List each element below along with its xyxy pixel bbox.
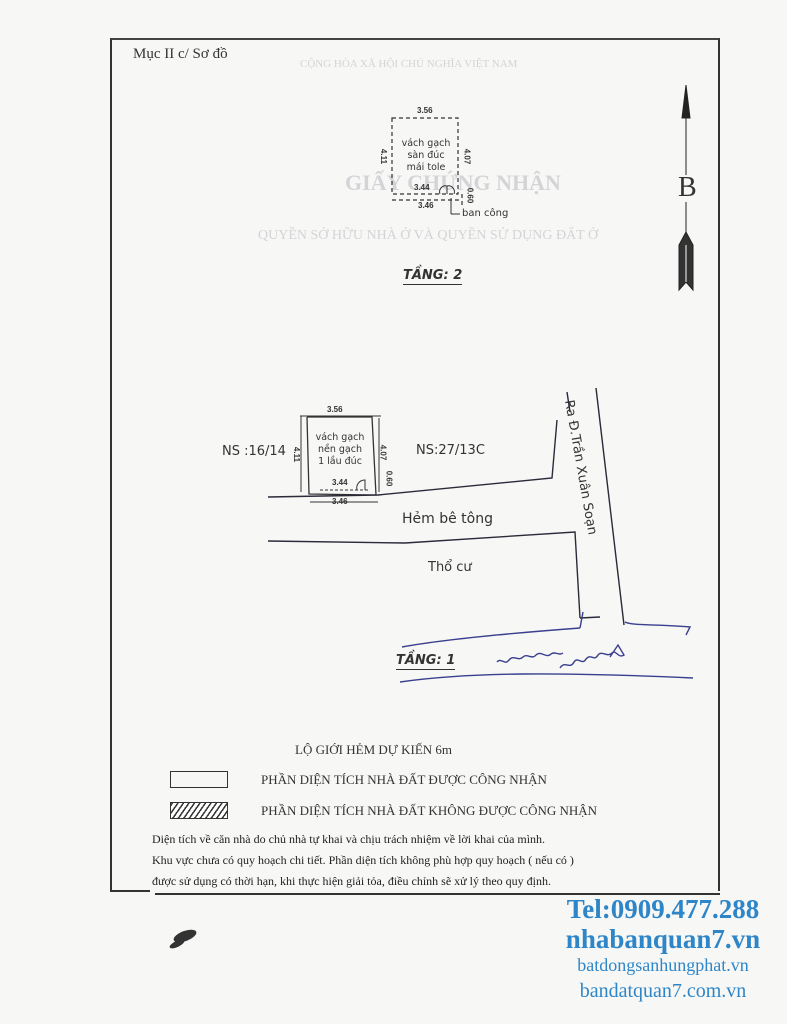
legend-label: PHẦN DIỆN TÍCH NHÀ ĐẤT KHÔNG ĐƯỢC CÔNG N… [261, 803, 597, 819]
floor2-room-line: mái tole [398, 162, 454, 174]
blank-box-icon [170, 771, 228, 788]
notes-block: Diện tích về căn nhà do chủ nhà tự khai … [152, 829, 574, 892]
floor2-dim-bottom-inner: 3.44 [414, 183, 430, 192]
legend-title: LỘ GIỚI HẺM DỰ KIẾN 6m [295, 742, 452, 758]
floor1-room-label: vách gạch nền gạch 1 lầu đúc [311, 432, 369, 468]
legend-label: PHẦN DIỆN TÍCH NHÀ ĐẤT ĐƯỢC CÔNG NHẬN [261, 772, 547, 788]
lot-label: Thổ cư [428, 560, 472, 575]
frame-bottom-segment [110, 890, 150, 892]
hatched-box-icon [170, 802, 228, 819]
neighbor-left-label: NS :16/14 [222, 444, 286, 459]
watermark-phone: Tel:0909.477.288 [548, 893, 778, 925]
neighbor-right-label: NS:27/13C [416, 443, 485, 458]
floor1-dim-left: 4.11 [292, 447, 301, 462]
scan-smudge [168, 927, 198, 950]
floor1-dim-right: 4.07 [378, 445, 387, 461]
floor1-dim-bottom-inner: 3.44 [332, 478, 348, 487]
watermark-block: Tel:0909.477.288 nhabanquan7.vn batdongs… [548, 893, 778, 1005]
floor2-dim-balcony: 0.60 [465, 188, 474, 204]
note-line: Khu vực chưa có quy hoạch chi tiết. Phần… [152, 850, 574, 871]
watermark-site-2: batdongsanhungphat.vn [548, 953, 778, 977]
floor2-room-line: vách gạch [398, 138, 454, 150]
note-line: được sử dụng có thời hạn, khi thực hiện … [152, 871, 574, 892]
floor2-room-label: vách gạch sàn đúc mái tole [398, 138, 454, 174]
floor1-dim-offset: 0.60 [384, 471, 393, 487]
north-label: B [678, 172, 697, 204]
watermark-site-3: bandatquan7.com.vn [548, 977, 778, 1005]
floor2-dim-left: 4.11 [379, 149, 388, 164]
watermark-site-1: nhabanquan7.vn [548, 925, 778, 953]
floor2-room-line: sàn đúc [398, 150, 454, 162]
floor1-room-line: vách gạch [311, 432, 369, 444]
floor2-label: TẦNG: 2 [403, 268, 462, 285]
section-title: Mục II c/ Sơ đồ [133, 46, 228, 63]
floor1-room-line: 1 lầu đúc [311, 456, 369, 468]
floor2-dim-bottom-outer: 3.46 [418, 201, 434, 210]
legend-item-recognized: PHẦN DIỆN TÍCH NHÀ ĐẤT ĐƯỢC CÔNG NHẬN [170, 771, 547, 788]
floor2-dim-right: 4.07 [462, 149, 471, 165]
floor1-room-line: nền gạch [311, 444, 369, 456]
floor2-dim-top: 3.56 [417, 106, 433, 115]
legend-item-not-recognized: PHẦN DIỆN TÍCH NHÀ ĐẤT KHÔNG ĐƯỢC CÔNG N… [170, 802, 597, 819]
floor1-dim-bottom-outer: 3.46 [332, 497, 348, 506]
balcony-label: ban công [462, 208, 508, 219]
floor1-dim-top: 3.56 [327, 405, 343, 414]
note-line: Diện tích về căn nhà do chủ nhà tự khai … [152, 829, 574, 850]
floor1-label: TẦNG: 1 [396, 653, 455, 670]
alley-label: Hẻm bê tông [402, 511, 493, 527]
